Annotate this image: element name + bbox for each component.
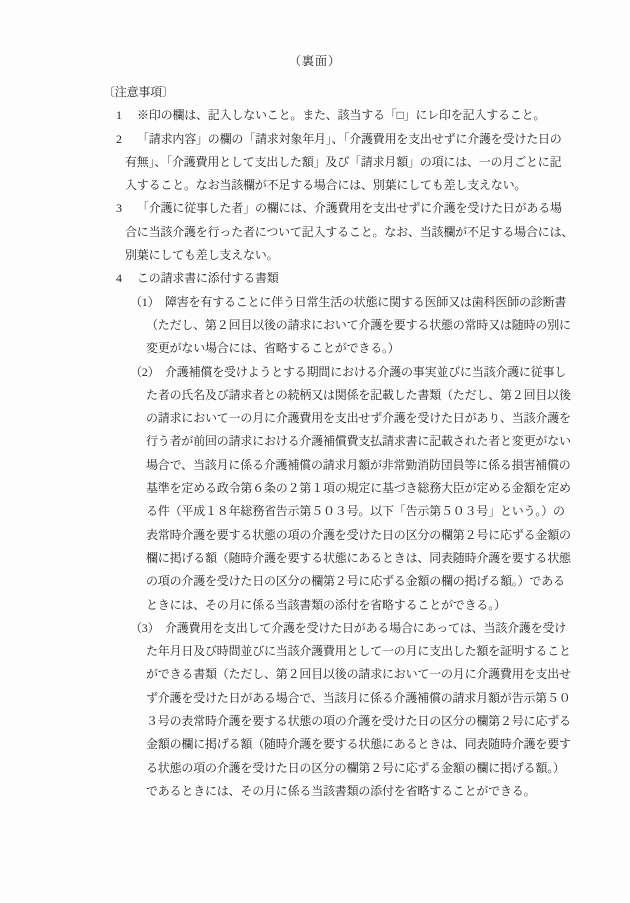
note-subitem-（2）-cont: た者の氏名及び請求者との続柄又は関係を記載した書類（ただし、第２回目以後 [0, 384, 630, 407]
note-subitem-（3）-cont: ができる書類（ただし、第２回目以後の請求において一の月に介護費用を支出せ [0, 663, 630, 686]
note-number: 4 [116, 267, 137, 290]
note-subitem-（3）-cont: 金額の欄に掲げる額（随時介護を要する状態にあるときは、同表随時介護を要す [0, 733, 630, 756]
note-item-3-cont: 別葉にしても差し支えない。 [0, 244, 630, 267]
page-side-label: （裏面） [0, 50, 630, 73]
note-subitem-（2）-cont: 場合で、当該月に係る介護補償の請求月額が非常勤消防団員等に係る損害補償の [0, 454, 630, 477]
note-subitem-（2）-cont: 欄に掲げる額（随時介護を要する状態にあるときは、同表随時介護を要する状態 [0, 547, 630, 570]
note-subitem-（3）-cont: る状態の項の介護を受けた日の区分の欄第２号に応ずる金額の欄に掲げる額。） [0, 757, 630, 780]
note-text: 障害を有することに伴う日常生活の状態に関する医師又は歯科医師の診断書 [165, 295, 566, 309]
note-number: （3） [130, 617, 165, 640]
note-subitem-（2）-cont: 表常時介護を要する状態の項の介護を受けた日の区分の欄第２号に応ずる金額の [0, 524, 630, 547]
note-subitem-（2）-cont: る件（平成１８年総務省告示第５０３号。以下「告示第５０３号」という。）の [0, 500, 630, 523]
note-item-2: 2「請求内容」の欄の「請求対象年月」、「介護費用を支出せずに介護を受けた日の [0, 128, 630, 151]
note-subitem-（3）: （3）介護費用を支出して介護を受けた日がある場合にあっては、当該介護を受け [0, 617, 630, 640]
notes-list: 1※印の欄は、記入しないこと。また、該当する「□」にレ印を記入すること。2「請求… [0, 104, 630, 803]
note-item-3-cont: 合に当該介護を行った者について記入すること。なお、当該欄が不足する場合には、 [0, 221, 630, 244]
note-subitem-（2）-cont: 基準を定める政令第６条の２第１項の規定に基づき総務大臣が定める金額を定め [0, 477, 630, 500]
document-page: （裏面） 〔注意事項〕 1※印の欄は、記入しないこと。また、該当する「□」にレ印… [0, 0, 630, 903]
note-subitem-（2）-cont: 行う者が前回の請求における介護補償費支払請求書に記載された者と変更がない [0, 430, 630, 453]
note-subitem-（2）-cont: ときには、その月に係る当該書類の添付を省略することができる。） [0, 594, 630, 617]
note-item-2-cont: 入すること。なお当該欄が不足する場合には、別葉にしても差し支えない。 [0, 174, 630, 197]
note-item-1: 1※印の欄は、記入しないこと。また、該当する「□」にレ印を記入すること。 [0, 104, 630, 127]
note-subitem-（3）-cont: た年月日及び時間並びに当該介護費用として一の月に支出した額を証明すること [0, 640, 630, 663]
note-text: 「請求内容」の欄の「請求対象年月」、「介護費用を支出せずに介護を受けた日の [137, 132, 562, 146]
note-text: この請求書に添付する書類 [137, 271, 279, 285]
note-subitem-（1）: （1）障害を有することに伴う日常生活の状態に関する医師又は歯科医師の診断書 [0, 291, 630, 314]
note-text: 介護補償を受けようとする期間における介護の事実並びに当該介護に従事し [165, 365, 566, 379]
note-number: （2） [130, 361, 165, 384]
note-subitem-（1）-cont: 変更がない場合には、省略することができる。） [0, 337, 630, 360]
note-number: 2 [116, 128, 137, 151]
document-content: （裏面） 〔注意事項〕 1※印の欄は、記入しないこと。また、該当する「□」にレ印… [0, 0, 630, 803]
note-subitem-（3）-cont: であるときには、その月に係る当該書類の添付を省略することができる。 [0, 780, 630, 803]
note-item-2-cont: 有無」、「介護費用として支出した額」及び「請求月額」の項には、一の月ごとに記 [0, 151, 630, 174]
note-text: 介護費用を支出して介護を受けた日がある場合にあっては、当該介護を受け [165, 621, 566, 635]
spacer [0, 73, 630, 81]
note-item-3: 3「介護に従事した者」の欄には、介護費用を支出せずに介護を受けた日がある場 [0, 197, 630, 220]
note-text: ※印の欄は、記入しないこと。また、該当する「□」にレ印を記入すること。 [137, 108, 545, 122]
note-subitem-（2）-cont: の請求において一の月に介護費用を支出せず介護を受けた日があり、当該介護を [0, 407, 630, 430]
note-text: 「介護に従事した者」の欄には、介護費用を支出せずに介護を受けた日がある場 [137, 201, 562, 215]
notes-section-title: 〔注意事項〕 [0, 81, 630, 104]
note-number: （1） [130, 291, 165, 314]
note-subitem-（2）-cont: の項の介護を受けた日の区分の欄第２号に応ずる金額の欄の掲げる額。）である [0, 570, 630, 593]
note-number: 1 [116, 104, 137, 127]
note-subitem-（1）-cont: （ただし、第２回目以後の請求において介護を要する状態の常時又は随時の別に [0, 314, 630, 337]
note-item-4: 4この請求書に添付する書類 [0, 267, 630, 290]
note-number: 3 [116, 197, 137, 220]
note-subitem-（3）-cont: ３号の表常時介護を要する状態の項の介護を受けた日の区分の欄第２号に応ずる [0, 710, 630, 733]
note-subitem-（2）: （2）介護補償を受けようとする期間における介護の事実並びに当該介護に従事し [0, 361, 630, 384]
note-subitem-（3）-cont: ず介護を受けた日がある場合で、当該月に係る介護補償の請求月額が告示第５０ [0, 687, 630, 710]
